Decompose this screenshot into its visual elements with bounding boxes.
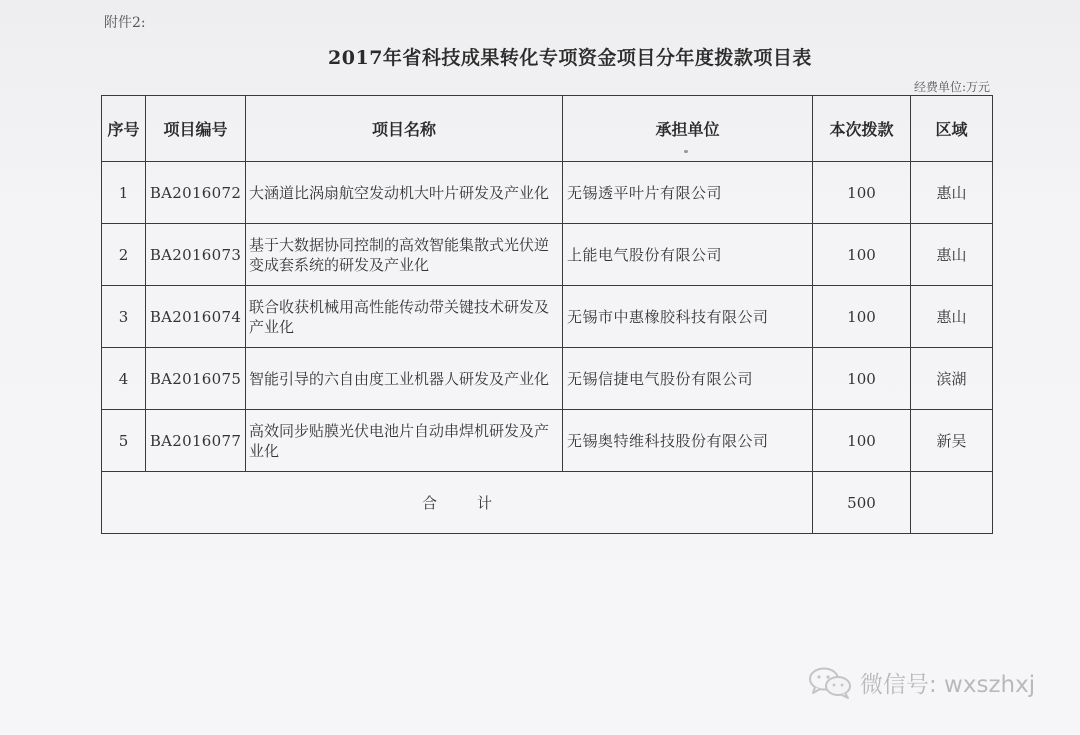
table-row: 1 BA2016072 大涵道比涡扇航空发动机大叶片研发及产业化 无锡透平叶片有… [102,162,993,224]
scanned-page: 附件2: 2017年省科技成果转化专项资金项目分年度拨款项目表 经费单位:万元 … [0,0,1080,735]
total-amount: 500 [813,472,911,534]
row-code: BA2016074 [146,286,246,348]
attachment-label: 附件2: [104,12,146,32]
wechat-icon [808,667,854,699]
unit-note: 经费单位:万元 [914,78,990,95]
row-code: BA2016072 [146,162,246,224]
table-row: 3 BA2016074 联合收获机械用高性能传动带关键技术研发及产业化 无锡市中… [102,286,993,348]
row-project-name: 智能引导的六自由度工业机器人研发及产业化 [246,348,563,410]
row-no: 3 [102,286,146,348]
row-area: 惠山 [911,286,993,348]
row-project-name: 基于大数据协同控制的高效智能集散式光伏逆变成套系统的研发及产业化 [246,224,563,286]
total-label: 合计 [102,472,813,534]
header-area: 区域 [911,96,993,162]
row-project-name: 联合收获机械用高性能传动带关键技术研发及产业化 [246,286,563,348]
row-area: 新吴 [911,410,993,472]
row-unit: 上能电气股份有限公司 [563,224,813,286]
table-row: 4 BA2016075 智能引导的六自由度工业机器人研发及产业化 无锡信捷电气股… [102,348,993,410]
row-code: BA2016075 [146,348,246,410]
row-unit: 无锡透平叶片有限公司 [563,162,813,224]
row-amount: 100 [813,348,911,410]
row-unit: 无锡市中惠橡胶科技有限公司 [563,286,813,348]
header-code: 项目编号 [146,96,246,162]
row-amount: 100 [813,410,911,472]
row-unit: 无锡信捷电气股份有限公司 [563,348,813,410]
row-no: 4 [102,348,146,410]
row-unit: 无锡奥特维科技股份有限公司 [563,410,813,472]
allocation-table: 序号 项目编号 项目名称 承担单位 本次拨款 区域 1 BA2016072 大涵… [101,95,993,534]
header-amount: 本次拨款 [813,96,911,162]
row-area: 惠山 [911,224,993,286]
row-project-name: 高效同步贴膜光伏电池片自动串焊机研发及产业化 [246,410,563,472]
document-title: 2017年省科技成果转化专项资金项目分年度拨款项目表 [0,43,1080,70]
row-code: BA2016077 [146,410,246,472]
row-no: 2 [102,224,146,286]
row-amount: 100 [813,224,911,286]
row-amount: 100 [813,162,911,224]
total-row: 合计 500 [102,472,993,534]
row-no: 5 [102,410,146,472]
total-area [911,472,993,534]
header-no: 序号 [102,96,146,162]
row-no: 1 [102,162,146,224]
watermark-text: 微信号: wxszhxj [860,666,1035,699]
table-row: 2 BA2016073 基于大数据协同控制的高效智能集散式光伏逆变成套系统的研发… [102,224,993,286]
row-area: 惠山 [911,162,993,224]
row-amount: 100 [813,286,911,348]
wechat-watermark: 微信号: wxszhxj [808,666,1035,699]
row-code: BA2016073 [146,224,246,286]
header-name: 项目名称 [246,96,563,162]
table-row: 5 BA2016077 高效同步贴膜光伏电池片自动串焊机研发及产业化 无锡奥特维… [102,410,993,472]
row-project-name: 大涵道比涡扇航空发动机大叶片研发及产业化 [246,162,563,224]
scan-speck [684,150,688,153]
row-area: 滨湖 [911,348,993,410]
table-header-row: 序号 项目编号 项目名称 承担单位 本次拨款 区域 [102,96,993,162]
